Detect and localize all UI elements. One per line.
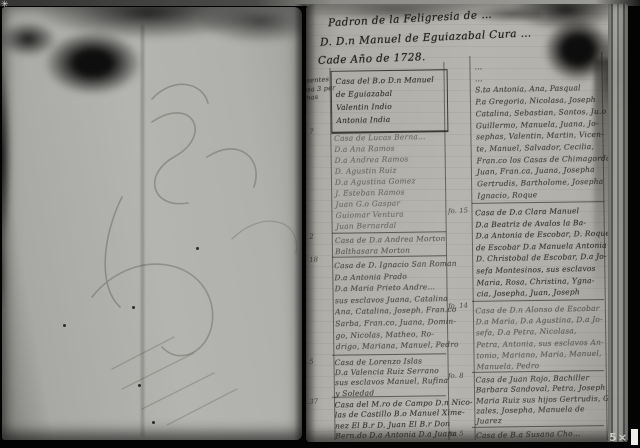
household-entry: Casa de D. Ignacio San RomanD.a Antonia …: [334, 258, 459, 353]
folio-mark: fo. 8: [448, 372, 464, 381]
film-splice-bar: [631, 429, 638, 445]
microfilm-frame: ✳: [0, 0, 640, 448]
household-entry: Casa del M.ro de Campo D.n Nico-las de C…: [335, 398, 474, 442]
page-header-line-3: Cade Año de 1728.: [318, 51, 426, 67]
folio-mark: fo. 5: [306, 358, 314, 367]
household-entry: Casa de D.a Clara ManuelD.a Beatriz de A…: [475, 205, 611, 301]
manuscript-line: Casa del B.o D.n Manuel: [335, 73, 434, 88]
ink-speck: [138, 384, 141, 387]
ink-speck: [132, 306, 135, 309]
manuscript-line: Antonia India: [336, 112, 435, 127]
page-edge-stack: [608, 4, 628, 442]
manuscript-line: Ignacio, Roque: [477, 187, 611, 202]
manuscript-line: drigo, Mariana, Manuel, Pedro: [336, 339, 459, 353]
household-entry: Casa de D.a Andrea MortonBalthasara Mort…: [335, 234, 446, 257]
ink-speck: [152, 421, 155, 424]
ink-speck: [63, 324, 66, 327]
film-frame-number: 5×: [609, 429, 638, 445]
household-entry: Casa de B.a Susana Cho…: [476, 428, 581, 441]
page-crease: [141, 25, 144, 437]
folio-mark: fo. 15: [448, 207, 468, 216]
page-header-line-2: D. D.n Manuel de Eguiazabal Cura …: [320, 27, 532, 48]
ink-speck: [196, 247, 199, 250]
household-entry: Casa de Juan Rojo, BachillerBarbara Sand…: [475, 372, 622, 427]
household-entry: Casa del B.o D.n Manuelde EguiazabalVale…: [335, 73, 434, 127]
folio-mark: fo. 2: [306, 233, 314, 242]
manuscript-line: Bern.do D.a Antonia D.a Juana: [335, 429, 473, 442]
right-page: Padron de la Feligresia de … D. D.n Manu…: [306, 4, 628, 442]
household-entry: Casa de D.n Alonso de EscobarD.a Maria, …: [475, 303, 604, 373]
folio-mark: fo. 18: [306, 256, 318, 265]
margin-note: AusentesCasa 3 personas: [306, 75, 336, 103]
page-header-line-1: Padron de la Feligresia de …: [328, 9, 493, 30]
household-entry: Casa de Lucas Berna…D.a Ana RamosD.a And…: [334, 131, 428, 232]
household-entry: Casa de Lorenzo IslasD.a Valencia Ruiz S…: [335, 356, 449, 399]
household-entry: ……S.ta Antonia, Ana, PasqualP.a Gregoria…: [475, 59, 612, 202]
folio-mark: fo. 7: [306, 128, 314, 137]
folio-mark: fo. 37: [306, 398, 318, 407]
film-frame-number-text: 5×: [609, 431, 628, 444]
left-page: [2, 7, 302, 440]
manuscript-line: Juan Bernardal: [336, 219, 428, 232]
pencil-scribbles: [2, 7, 302, 440]
manuscript-line: y Soledad: [335, 386, 448, 399]
manuscript-line: cia, Josepha, Juan, Joseph: [477, 286, 612, 300]
manuscript-line: Casa de B.a Susana Cho…: [476, 428, 581, 441]
